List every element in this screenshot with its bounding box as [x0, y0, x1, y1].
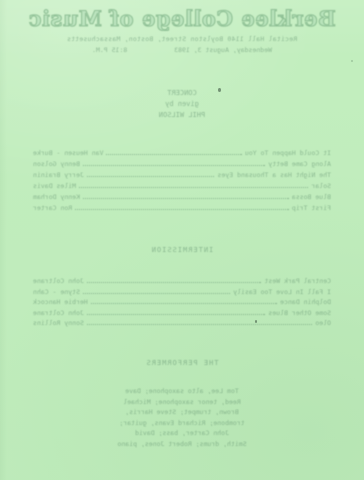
- program-row: It Could Happen To YouVan Heusen - Burke: [33, 149, 331, 160]
- dot-leader: [87, 320, 312, 325]
- concert-block: CONCERT given by PHIL WILSON: [0, 88, 364, 121]
- dot-leader: [83, 289, 230, 294]
- composer: Styne - Cahn: [33, 288, 80, 296]
- intermission-label: INTERMISSION: [0, 246, 364, 254]
- performers-line: John Carter, bass; David: [0, 428, 364, 439]
- program-row: The Night Has a Thousand EyesJerry Brain…: [33, 171, 331, 182]
- concert-block-line1: CONCERT: [0, 88, 364, 99]
- program-row: First TripRon Carter: [33, 204, 331, 215]
- performers-line: Reed, tenor saxophone; Michael: [0, 397, 364, 408]
- piece-title: Along Came Betty: [268, 160, 331, 168]
- program-row: Central Park WestJohn Coltrane: [33, 277, 331, 288]
- composer: Jerry Brainin: [33, 171, 84, 179]
- program-row: Blue BossaKenny Dorham: [33, 193, 331, 204]
- ink-speck: [218, 88, 221, 92]
- scanned-program-page: Berklee College of Music Recital Hall 11…: [0, 0, 364, 480]
- piece-title: Central Park West: [264, 277, 331, 285]
- performers-line: Tom Lee, alto saxophone; Dave: [0, 386, 364, 397]
- piece-title: Dolphin Dance: [280, 298, 331, 306]
- composer: Van Heusen - Burke: [33, 149, 103, 157]
- composer: Benny Golson: [33, 160, 80, 168]
- program-row: I Fall In Love Too EasilyStyne - Cahn: [33, 288, 331, 299]
- bleed-through-content: Berklee College of Music Recital Hall 11…: [0, 0, 364, 480]
- composer: Herbie Hancock: [33, 298, 88, 306]
- piece-title: Solar: [311, 182, 331, 190]
- composer: John Coltrane: [33, 309, 84, 317]
- piece-title: The Night Has a Thousand Eyes: [218, 171, 332, 179]
- composer: Ron Carter: [33, 204, 72, 212]
- event-date: Wednesday, August 3, 1983: [174, 46, 272, 54]
- piece-title: Oleo: [315, 319, 331, 327]
- program-second-half: Central Park WestJohn ColtraneI Fall In …: [33, 277, 331, 330]
- dot-leader: [83, 161, 265, 166]
- dot-leader: [83, 194, 289, 199]
- dot-leader: [91, 299, 277, 304]
- program-first-half: It Could Happen To YouVan Heusen - Burke…: [33, 149, 331, 215]
- composer: Miles Davis: [33, 182, 76, 190]
- concert-block-line2: given by: [0, 99, 364, 110]
- composer: Sonny Rollins: [33, 319, 84, 327]
- piece-title: Some Other Blues: [268, 309, 331, 317]
- program-row: Some Other BluesJohn Coltrane: [33, 309, 331, 320]
- venue-address-line: Recital Hall 1140 Boylston Street, Bosto…: [0, 35, 364, 43]
- concert-block-line3: PHIL WILSON: [0, 110, 364, 121]
- dot-leader: [87, 310, 266, 315]
- program-row: SolarMiles Davis: [33, 182, 331, 193]
- program-row: OleoSonny Rollins: [33, 319, 331, 330]
- performers-heading: THE PERFORMERS: [0, 359, 364, 367]
- composer: Kenny Dorham: [33, 193, 80, 201]
- dot-leader: [106, 150, 241, 155]
- performers-paragraph: Tom Lee, alto saxophone; DaveReed, tenor…: [0, 386, 364, 449]
- program-row: Dolphin DanceHerbie Hancock: [33, 298, 331, 309]
- page-title: Berklee College of Music: [0, 6, 364, 31]
- piece-title: I Fall In Love Too Easily: [233, 288, 331, 296]
- piece-title: Blue Bossa: [292, 193, 331, 201]
- date-time-line: Wednesday, August 3, 1983 8:15 P.M.: [92, 46, 272, 54]
- piece-title: It Could Happen To You: [245, 149, 331, 157]
- program-row: Along Came BettyBenny Golson: [33, 160, 331, 171]
- ink-speck: [351, 60, 353, 62]
- event-time: 8:15 P.M.: [92, 46, 127, 54]
- composer: John Coltrane: [33, 277, 84, 285]
- piece-title: First Trip: [292, 204, 331, 212]
- dot-leader: [87, 278, 262, 283]
- dot-leader: [79, 183, 308, 188]
- dot-leader: [87, 172, 215, 177]
- performers-line: Brown, trumpet; Steve Harris,: [0, 407, 364, 418]
- performers-line: trombone; Richard Evans, guitar;: [0, 418, 364, 429]
- performers-line: Smith, drums; Robert Jones, piano: [0, 439, 364, 450]
- ink-speck: [255, 320, 257, 323]
- dot-leader: [75, 205, 289, 210]
